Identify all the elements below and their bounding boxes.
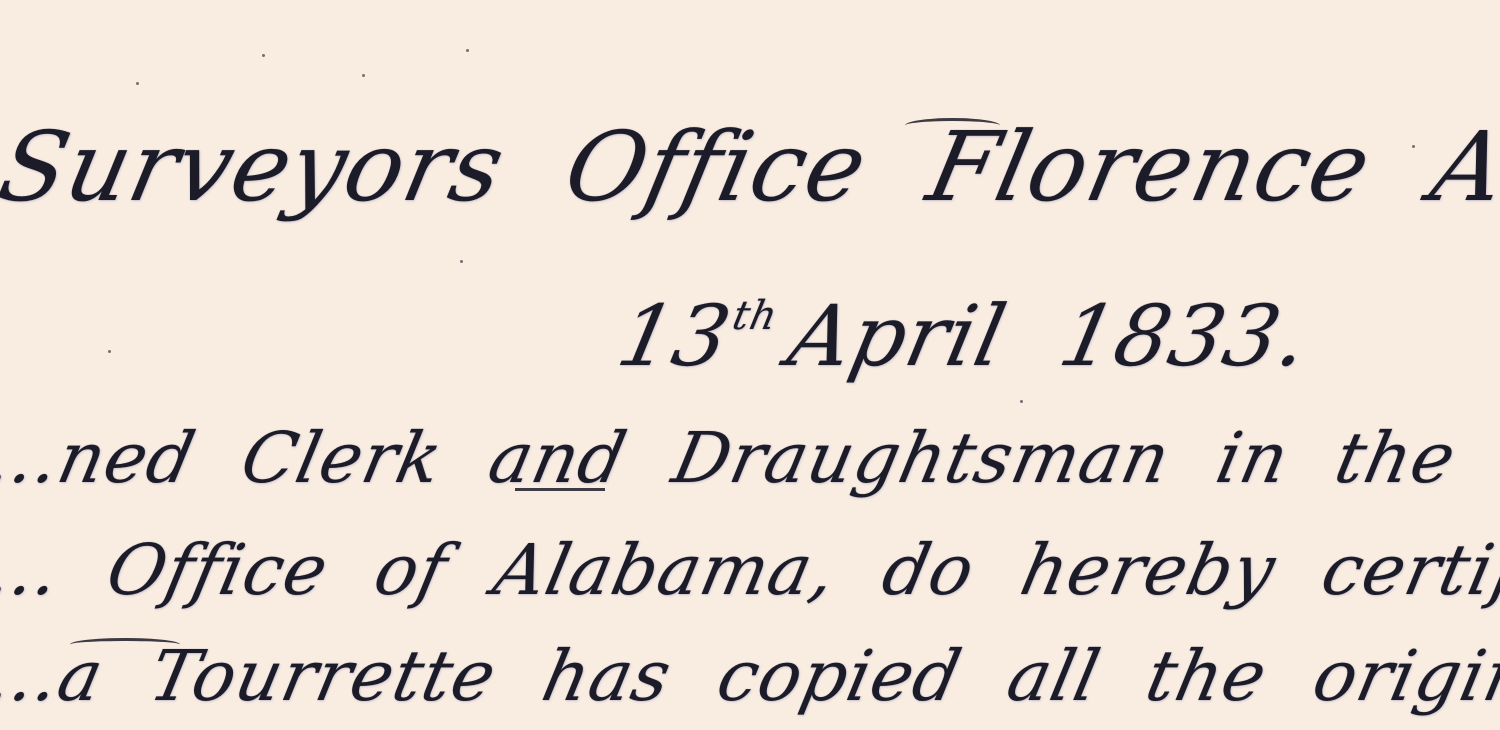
- ink-speck: [1020, 400, 1023, 403]
- ink-speck: [262, 54, 265, 57]
- date-day: 13: [610, 287, 740, 385]
- ink-speck: [136, 82, 139, 85]
- body-line-1: …ned Clerk and Draughtsman in the: [0, 418, 1463, 498]
- heading-place: Surveyors Office Florence Ala.: [0, 112, 1500, 222]
- heading-date: 13thApril 1833.: [610, 268, 1322, 384]
- body-line-3: …a Tourrette has copied all the original: [0, 636, 1500, 716]
- date-suffix: th: [728, 293, 782, 339]
- ink-speck: [460, 260, 463, 263]
- document-page: Surveyors Office Florence Ala. 13thApril…: [0, 0, 1500, 730]
- ink-speck: [362, 74, 365, 77]
- ink-speck: [108, 350, 111, 353]
- ink-speck: [466, 49, 469, 52]
- date-month-year: April 1833.: [781, 287, 1318, 385]
- body-line-2: … Office of Alabama, do hereby certify: [0, 530, 1500, 610]
